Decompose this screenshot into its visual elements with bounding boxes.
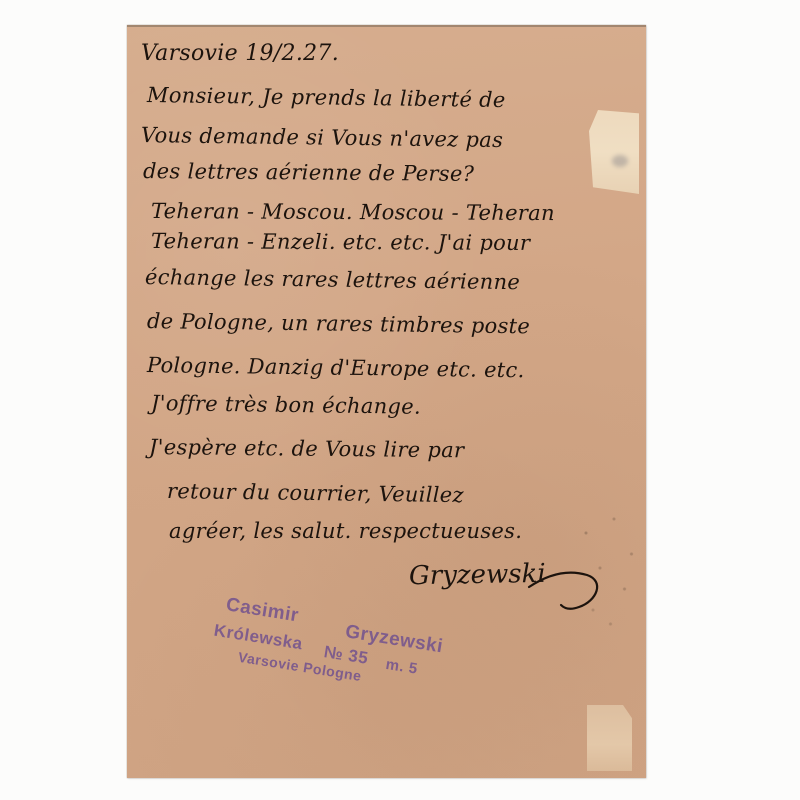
scan-background: Varsovie 19/2.27. Monsieur, Je prends la… bbox=[0, 0, 800, 800]
tape-smudge bbox=[612, 155, 628, 167]
letter-dateline: Varsovie 19/2.27. bbox=[141, 41, 339, 66]
letter-line: J'offre très bon échange. bbox=[151, 391, 421, 419]
card-edge bbox=[127, 25, 646, 27]
letter-line: de Pologne, un rares timbres poste bbox=[147, 309, 530, 338]
stamp-apartment: m. 5 bbox=[385, 656, 419, 678]
letter-line: échange les rares lettres aérienne bbox=[145, 265, 520, 294]
letter-line: Teheran - Moscou. Moscou - Teheran bbox=[151, 199, 555, 225]
tape-remnant-bottom bbox=[587, 705, 632, 771]
letter-line: Vous demande si Vous n'avez pas bbox=[141, 123, 503, 152]
stamp-first-name: Casimir bbox=[224, 594, 300, 627]
letter-line: Teheran - Enzeli. etc. etc. J'ai pour bbox=[151, 229, 530, 255]
tape-remnant-top bbox=[589, 110, 639, 194]
letter-line: Pologne. Danzig d'Europe etc. etc. bbox=[147, 353, 525, 382]
postcard: Varsovie 19/2.27. Monsieur, Je prends la… bbox=[127, 25, 646, 778]
letter-line: Monsieur, Je prends la liberté de bbox=[147, 83, 506, 112]
signature-flourish bbox=[527, 565, 607, 615]
letter-line: J'espère etc. de Vous lire par bbox=[149, 435, 465, 462]
letter-line: des lettres aérienne de Perse? bbox=[143, 159, 474, 186]
letter-line: retour du courrier, Veuillez bbox=[167, 479, 464, 507]
address-stamp: Casimir Gryzewski Królewska № 35 m. 5 Va… bbox=[200, 593, 546, 773]
signature: Gryzewski bbox=[409, 559, 546, 591]
letter-line: agréer, les salut. respectueuses. bbox=[169, 519, 522, 543]
